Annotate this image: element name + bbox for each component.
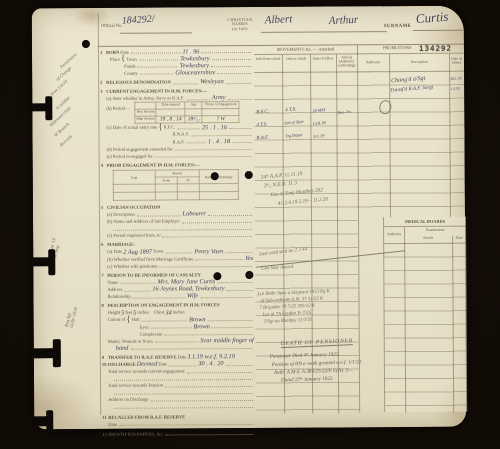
- surname-label: SURNAME: [384, 24, 411, 29]
- promotion-r2-date: 1.4.18: [450, 87, 460, 92]
- binder-tab-3-cross: [53, 339, 61, 367]
- official-no-underline: [120, 32, 192, 33]
- binder-tab-4-cross: [46, 410, 53, 430]
- binder-tab-1-cross: [45, 96, 52, 120]
- movement-r1-arrival: Nov–7w: [337, 110, 351, 116]
- enlist-terms-value: 7 W: [216, 116, 225, 122]
- entry-brace: {: [158, 123, 162, 130]
- pencil-circle-mark: [378, 99, 393, 115]
- employed-period-row: (c) Period employed from, to: [101, 231, 253, 239]
- col-medical-date: Date: [452, 236, 466, 240]
- christian-names-label: CHRISTIAN NAMES (in full): [224, 18, 256, 31]
- service-record-card: Official No. 184292/ CHRISTIAN NAMES (in…: [32, 6, 467, 430]
- col-result: Result: [404, 236, 452, 240]
- col-unit-from: Unit from which: [254, 57, 282, 61]
- enlist-date-value: 19 . 8 . 14: [160, 116, 182, 122]
- marks-value-2: hand: [116, 346, 129, 352]
- place-brace: {: [121, 55, 125, 62]
- entry-raf-value: 1 . 4 . 18: [208, 139, 230, 145]
- names-underline: [261, 31, 387, 33]
- punch-hole-mid-left: [211, 172, 219, 180]
- surname-underline: [413, 30, 463, 31]
- marriage-date-value: 2 Aug 1897: [123, 249, 152, 255]
- entry-rfc-value: 25 . 1 . 16: [202, 125, 227, 131]
- period-table: Date entered Age Terms of Engagement Boy…: [134, 101, 239, 124]
- height-feet-value: 5: [121, 310, 124, 316]
- rotated-note-b: Reg Sgt Octbr 1918: [64, 306, 79, 329]
- col-authority: Authority: [357, 60, 389, 64]
- period-table-row: (b) Period— Date entered Age Terms of En…: [100, 101, 252, 124]
- medical-boards-panel: MEDICAL BOARDS Authority Examination Res…: [383, 217, 467, 413]
- discharge-note-value: Deemed: [137, 362, 158, 368]
- promotion-r1-date: 28.1.19: [450, 77, 462, 82]
- medical-title: MEDICAL BOARDS: [384, 217, 466, 228]
- religion-row: 2 RELIGIOUS DENOMINATION Wesleyan: [100, 77, 252, 85]
- promotions-title: PROMOTIONS: [383, 46, 412, 51]
- medical-body: [384, 244, 467, 413]
- entry-raf-row: R.A.F. 1 . 4 . 18: [101, 137, 253, 145]
- official-no-label: Official No.: [101, 24, 123, 29]
- movement-r3-to: Trg Depot: [285, 133, 302, 138]
- col-description: Description: [389, 60, 449, 64]
- marriage-cert-value: Yes: [245, 256, 253, 262]
- col-medical-authority: Authority: [384, 232, 404, 236]
- prior-engagement-heading: 4 PRIOR ENGAGEMENT IN H.M. FORCES:—: [101, 160, 253, 168]
- col-unit-to: Unit to which: [282, 57, 310, 61]
- reengaged-row: (e) Period re-engaged for: [101, 151, 253, 159]
- wife-pensioner-row: (c) Whether wife pensioner: [101, 261, 253, 269]
- movement-r2-from: 4 T.S.: [256, 123, 267, 129]
- col-arrival: Arrival (Authority confirming): [336, 55, 357, 67]
- first-name-value: Albert: [265, 14, 293, 26]
- born-county-value: Gloucestershire: [175, 70, 215, 77]
- medical-header-row: Authority Examination Result Date: [384, 227, 466, 245]
- col-examination: Examination: [404, 228, 466, 232]
- movement-r1-from: R.F.C.: [256, 109, 269, 115]
- movement-r3-from: R.A.F.: [256, 136, 269, 142]
- movements-title: MOVEMENTS &c. — Attached: [254, 44, 357, 55]
- chest-value: 34: [166, 310, 172, 316]
- blank-row-3: [102, 402, 254, 410]
- service-number-stamp: 134292: [419, 44, 452, 53]
- promotion-r2-desc: Transf'd R.A.F. Sergt: [390, 85, 433, 93]
- col-date-effect: Date of Effect: [310, 56, 336, 60]
- punch-hole-lower-right: [245, 271, 253, 279]
- movement-r2-to: Sch of Tech: [284, 120, 303, 126]
- born-county-row: County Gloucestershire: [100, 68, 252, 76]
- movements-header-row: Unit from which Unit to which Date of Ef…: [254, 54, 357, 73]
- movement-r2-date: 14.8.18: [312, 121, 326, 127]
- casualty-relationship-value: Wife: [187, 294, 198, 300]
- photo-background: Official No. 184292/ CHRISTIAN NAMES (in…: [0, 0, 500, 449]
- margin-note-7: Records: [59, 134, 74, 148]
- religion-value: Wesleyan: [200, 79, 224, 85]
- occupation-value: Labourer: [183, 212, 207, 218]
- punch-hole-mid-right: [245, 171, 253, 179]
- marks-value: Scar middle finger of: [200, 338, 253, 345]
- service-branch-value: Army: [212, 96, 226, 102]
- eyes-value: Brown: [193, 324, 210, 330]
- identified-papers-row: 12 IDENTIFIED PAPERS, &c.: [102, 429, 254, 437]
- official-no-value: 184292/: [122, 15, 155, 27]
- surname-value: Curtis: [415, 10, 448, 25]
- punch-hole-lower-left: [213, 272, 221, 280]
- punch-hole-top: [82, 40, 90, 48]
- height-inches-value: 5: [133, 310, 136, 316]
- col-promo-date: Date of Effect: [449, 57, 464, 65]
- movement-r1-to: 4 T.S.: [285, 107, 297, 113]
- marriage-town-value: Penry Vaen: [194, 249, 223, 255]
- promotions-title-row: PROMOTIONS 134292: [357, 44, 464, 55]
- enlist-age-value: 18⁵⁄₁₂: [188, 116, 200, 122]
- movement-r1-date: 28 MAY: [312, 108, 326, 114]
- recalled-date-row: Date: [102, 419, 254, 427]
- marks-row-2: hand: [102, 343, 254, 351]
- promotions-body: Chang'd a/Sgt 28.1.19 Transf'd R.A.F. Se…: [357, 72, 465, 219]
- promotions-panel: PROMOTIONS 134292 Authority Description …: [357, 44, 465, 218]
- personal-details-column: 1 BORN Date 11 . 96 Place { Town Tewkesb…: [100, 47, 254, 437]
- promotion-r1-desc: Chang'd a/Sgt: [391, 76, 425, 85]
- transfer-reserve-row: 9 TRANSFER TO R.A.F. RESERVE Date 3.1.19…: [102, 352, 254, 360]
- movement-r3-date: 9.1.19: [313, 134, 324, 139]
- middle-name-value: Arthur: [329, 15, 359, 27]
- discharge-date-value: 30 . 4 . 20: [198, 361, 223, 367]
- prior-engagement-table: Unit Period Rank on Discharge From To: [113, 169, 239, 201]
- colour-brace: {: [126, 316, 130, 323]
- binder-tab-2-cross: [48, 249, 55, 275]
